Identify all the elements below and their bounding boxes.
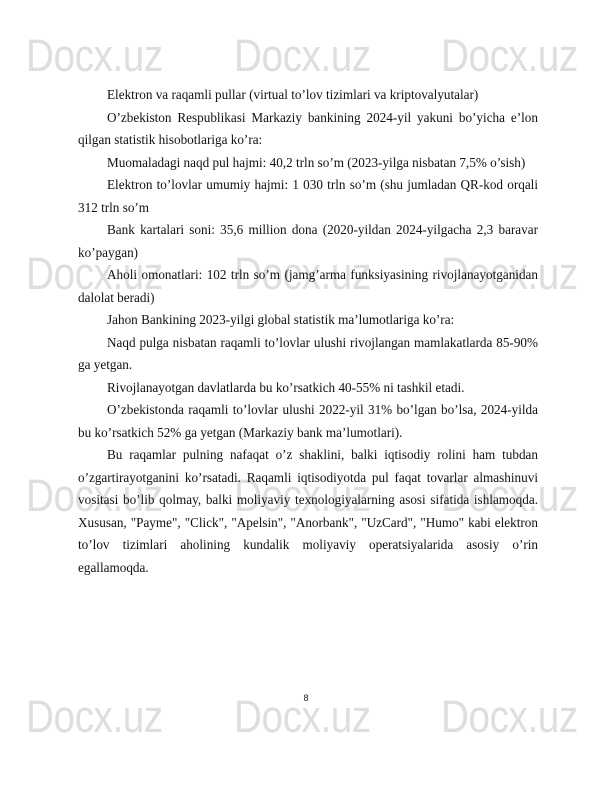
stat-electronic-payments: Elektron to’lovlar umumiy hajmi: 1 030 t… <box>78 174 538 219</box>
stat-uzbekistan-share: O’zbekistonda raqamli to’lovlar ulushi 2… <box>78 399 538 444</box>
watermark-row: Docx.uz Docx.uz Docx.uz <box>0 697 612 737</box>
stat-developed-countries: Naqd pulga nisbatan raqamli to’lovlar ul… <box>78 332 538 377</box>
stat-cash-volume: Muomaladagi naqd pul hajmi: 40,2 trln so… <box>78 152 538 175</box>
stat-developing-countries: Rivojlanayotgan davlatlarda bu ko’rsatki… <box>78 377 538 400</box>
page-number: 8 <box>0 693 612 703</box>
stat-deposits: Aholi omonatlari: 102 trln so’m (jamg’ar… <box>78 264 538 309</box>
world-bank-intro: Jahon Bankining 2023-yilgi global statis… <box>78 309 538 332</box>
page-body: Elektron va raqamli pullar (virtual to’l… <box>78 84 538 579</box>
conclusion-paragraph: Bu raqamlar pulning nafaqat o’z shaklini… <box>78 444 538 579</box>
section-heading: Elektron va raqamli pullar (virtual to’l… <box>78 84 538 107</box>
watermark-text: Docx.uz <box>441 697 578 737</box>
watermark-text: Docx.uz <box>234 697 371 737</box>
watermark-row: Docx.uz Docx.uz Docx.uz <box>0 36 612 76</box>
watermark-text: Docx.uz <box>26 36 163 76</box>
intro-paragraph: O’zbekiston Respublikasi Markaziy bankin… <box>78 107 538 152</box>
watermark-text: Docx.uz <box>441 36 578 76</box>
watermark-text: Docx.uz <box>26 697 163 737</box>
stat-bank-cards: Bank kartalari soni: 35,6 million dona (… <box>78 219 538 264</box>
watermark-text: Docx.uz <box>234 36 371 76</box>
